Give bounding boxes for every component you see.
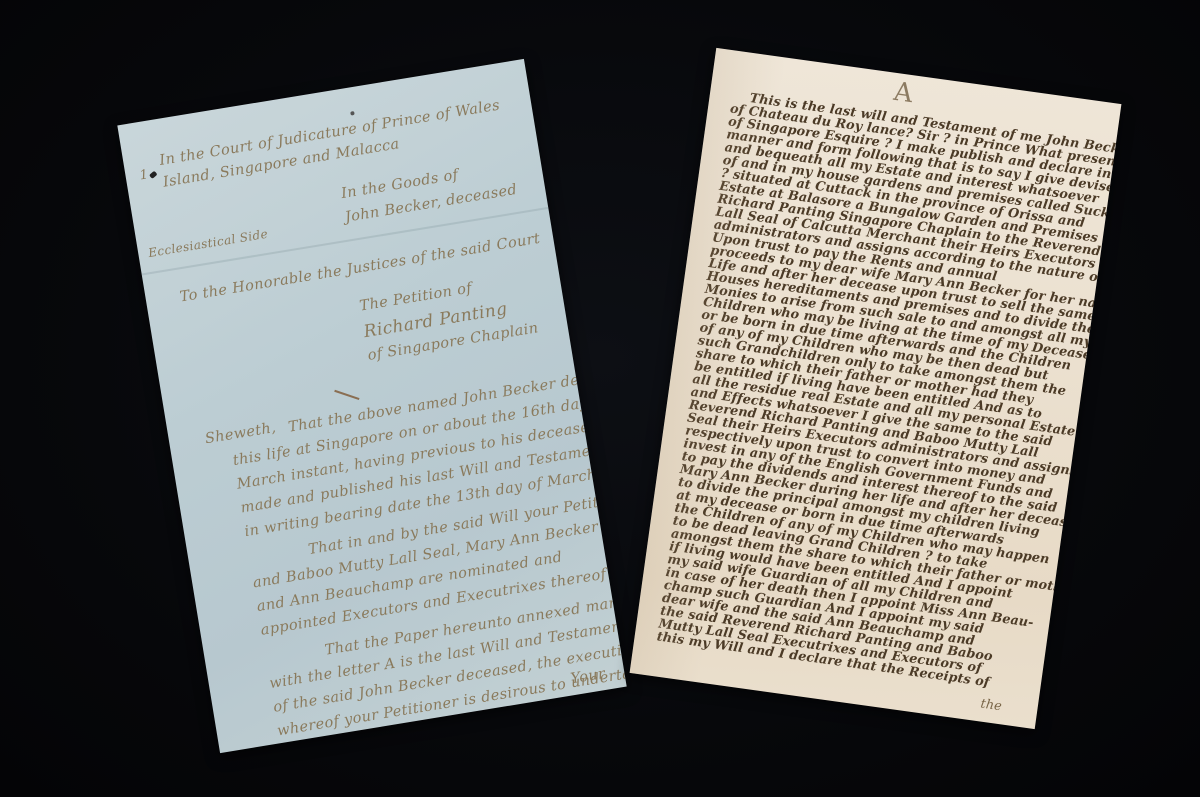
side-label: Ecclesiastical Side <box>147 227 269 260</box>
showeth-label: Sheweth, <box>204 420 277 447</box>
catchword: the <box>979 696 1002 714</box>
will-document: A This is the last will and Testament of… <box>629 47 1121 728</box>
pin-hole <box>350 111 355 116</box>
petition-document: 1 In the Court of Judicature of Prince o… <box>117 59 626 753</box>
pencil-mark <box>334 390 359 400</box>
margin-number: 1 <box>139 167 150 183</box>
exhibit-mark-a: A <box>891 76 914 108</box>
ink-blot <box>149 171 158 179</box>
